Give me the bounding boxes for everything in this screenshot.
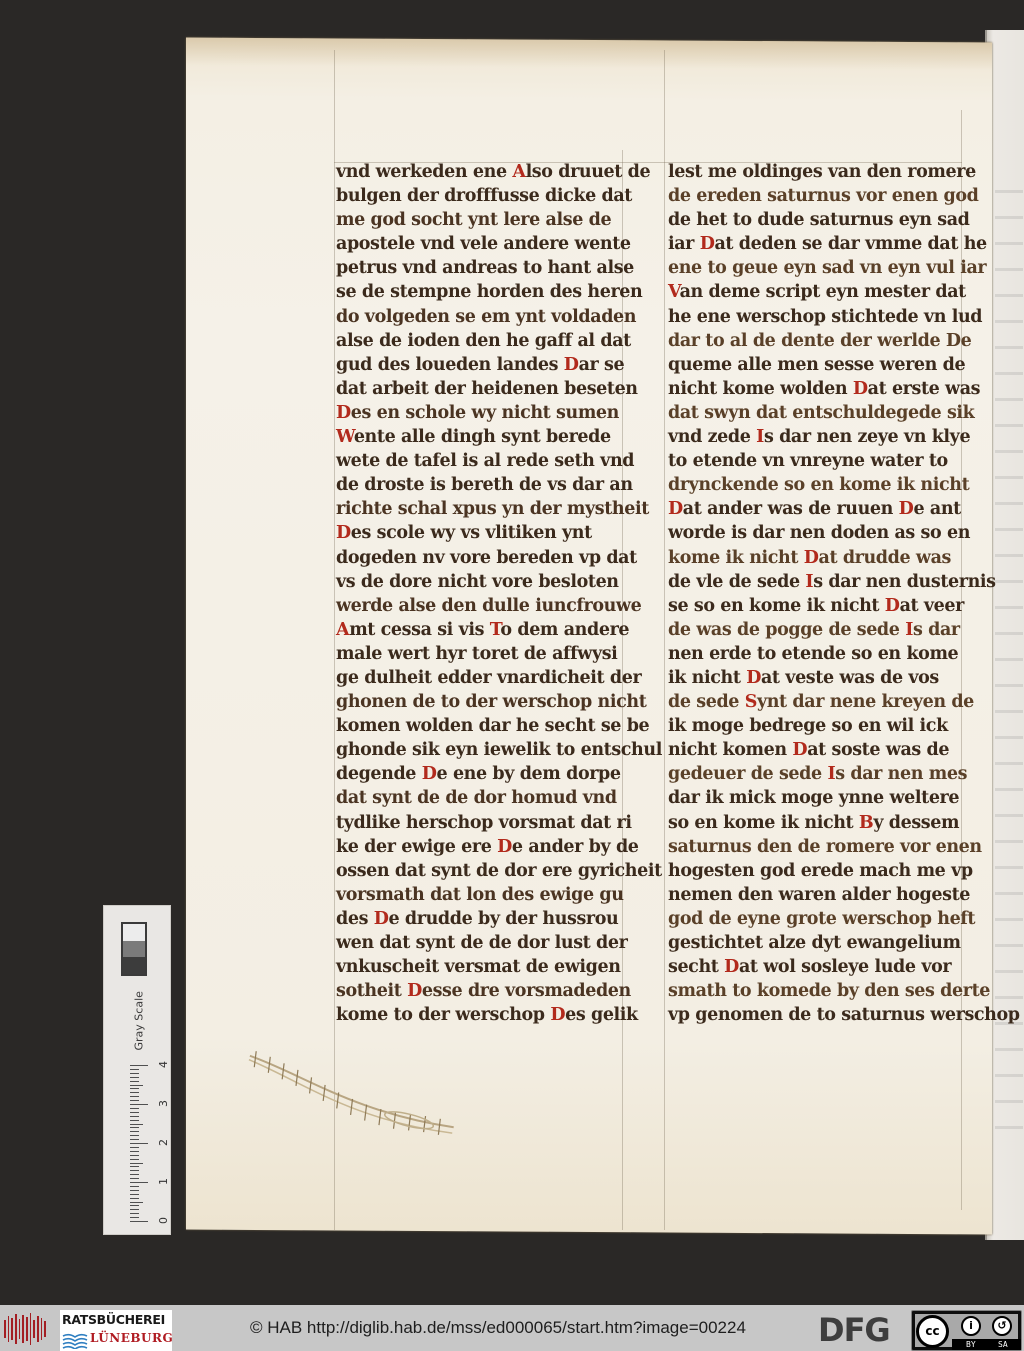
ruler-tick — [130, 1174, 139, 1175]
ruler-tick — [130, 1112, 139, 1113]
manuscript-line: dar ik mick moge ynne weltere — [668, 786, 988, 810]
ruler-tick — [130, 1190, 139, 1191]
manuscript-line: gud des loueden landes Dar se — [336, 353, 656, 377]
manuscript-line: Des scole wy vs vlitiken ynt — [336, 521, 656, 545]
manuscript-line: dogeden nv vore bereden vp dat — [336, 546, 656, 570]
manuscript-line: Dat ander was de ruuen De ant — [668, 497, 988, 521]
attribution-icon: i — [961, 1316, 981, 1336]
manuscript-line: dat swyn dat entschuldegede sik — [668, 401, 988, 425]
manuscript-line: vs de dore nicht vore besloten — [336, 570, 656, 594]
ruler-ticks: 01234 — [118, 1056, 148, 1226]
rubricated-initial: D — [746, 668, 761, 688]
manuscript-line: komen wolden dar he secht se be — [336, 714, 656, 738]
ruler-tick — [130, 1104, 148, 1105]
rubricated-initial: D — [700, 234, 715, 254]
rubricated-initial: W — [336, 427, 354, 447]
manuscript-line: nicht kome wolden Dat erste was — [668, 377, 988, 401]
manuscript-line: do volgeden se em ynt voldaden — [336, 305, 656, 329]
ruler-tick — [130, 1120, 139, 1121]
manuscript-line: secht Dat wol sosleye lude vor — [668, 955, 988, 979]
ruler-tick — [130, 1127, 139, 1128]
ruler-tick — [130, 1213, 139, 1214]
manuscript-line: ke der ewige ere De ander by de — [336, 835, 656, 859]
manuscript-line: ossen dat synt de dor ere gyricheit — [336, 859, 656, 883]
manuscript-line: queme alle men sesse weren de — [668, 353, 988, 377]
library-barcode-logo-icon — [4, 1313, 46, 1345]
manuscript-line: de ereden saturnus vor enen god — [668, 184, 988, 208]
manuscript-line: alse de ioden den he gaff al dat — [336, 329, 656, 353]
footer-bar: RATSBÜCHEREI LÜNEBURG © HAB http://digli… — [0, 1305, 1024, 1351]
rubricated-initial: D — [724, 957, 739, 977]
manuscript-line: petrus vnd andreas to hant alse — [336, 256, 656, 280]
ruler-tick — [130, 1143, 148, 1144]
manuscript-line: dat synt de de dor homud vnd — [336, 786, 656, 810]
ruler-tick — [130, 1166, 139, 1167]
manuscript-line: des De drudde by der hussrou — [336, 907, 656, 931]
ruler-tick — [130, 1163, 143, 1164]
ruler-tick — [130, 1202, 143, 1203]
ruler-tick-label: 3 — [157, 1100, 170, 1107]
manuscript-line: god de eyne grote werschop heft — [668, 907, 988, 931]
rubricated-initial: I — [805, 572, 813, 592]
ruler-tick — [130, 1108, 139, 1109]
manuscript-line: drynckende so en kome ik nicht — [668, 473, 988, 497]
rubricated-initial: I — [827, 764, 835, 784]
manuscript-line: de het to dude saturnus eyn sad — [668, 208, 988, 232]
manuscript-line: me god socht ynt lere alse de — [336, 208, 656, 232]
ruling-line-left-outer — [334, 50, 335, 1230]
swatch-dark — [123, 957, 145, 974]
ruler-tick — [130, 1151, 139, 1152]
rubricated-initial: D — [792, 740, 807, 760]
creative-commons-icon: cc — [916, 1315, 949, 1348]
manuscript-line: kome ik nicht Dat drudde was — [668, 546, 988, 570]
manuscript-line: vnd zede Is dar nen zeye vn klye — [668, 425, 988, 449]
manuscript-line: vnkuscheit versmat de ewigen — [336, 955, 656, 979]
rubricated-initial: D — [336, 523, 351, 543]
ruler-tick — [130, 1077, 139, 1078]
ruler-tick — [130, 1217, 139, 1218]
manuscript-line: ene to geue eyn sad vn eyn vul iar — [668, 256, 988, 280]
ruler-tick — [130, 1124, 143, 1125]
manuscript-line: de droste is bereth de vs dar an — [336, 473, 656, 497]
ruler-tick — [130, 1155, 139, 1156]
rubricated-initial: D — [668, 499, 683, 519]
manuscript-line: ik moge bedrege so en wil ick — [668, 714, 988, 738]
dfg-logo[interactable]: DFG — [818, 1312, 890, 1348]
rubricated-initial: D — [885, 596, 900, 616]
rubricated-initial: D — [422, 764, 437, 784]
manuscript-line: de was de pogge de sede Is dar — [668, 618, 988, 642]
ruler-tick — [130, 1205, 139, 1206]
rubricated-initial: D — [497, 837, 512, 857]
ruler-tick — [130, 1198, 139, 1199]
manuscript-line: nemen den waren alder hogeste — [668, 883, 988, 907]
ruler-tick — [130, 1096, 139, 1097]
share-alike-icon: ↺ — [992, 1316, 1012, 1336]
manuscript-line: tydlike herschop vorsmat dat ri — [336, 811, 656, 835]
gray-swatches — [121, 922, 147, 976]
copyright-link[interactable]: © HAB http://diglib.hab.de/mss/ed000065/… — [250, 1318, 746, 1338]
manuscript-line: se de stempne horden des heren — [336, 280, 656, 304]
manuscript-line: bulgen der drofffusse dicke dat — [336, 184, 656, 208]
ruler-tick — [130, 1092, 139, 1093]
manuscript-line: lest me oldinges van den romere — [668, 160, 988, 184]
manuscript-line: hogesten god erede mach me vp — [668, 859, 988, 883]
ruler-tick — [130, 1065, 148, 1066]
rubricated-initial: D — [336, 403, 351, 423]
ratsbuecherei-logo[interactable]: RATSBÜCHEREI LÜNEBURG — [60, 1310, 172, 1351]
ruler-tick — [130, 1069, 139, 1070]
ruler-tick-label: 0 — [157, 1217, 170, 1224]
ruler-tick — [130, 1135, 139, 1136]
manuscript-line: ghonen de to der werschop nicht — [336, 690, 656, 714]
text-column-right: lest me oldinges van den romerede ereden… — [668, 160, 988, 1027]
rubricated-initial: D — [899, 499, 914, 519]
rubricated-initial: S — [745, 692, 757, 712]
cc-by-sa-license-badge[interactable]: cc i ↺ BY SA — [911, 1310, 1022, 1351]
manuscript-line: werde alse den dulle iuncfrouwe — [336, 594, 656, 618]
rubricated-initial: D — [804, 548, 819, 568]
manuscript-line: wete de tafel is al rede seth vnd — [336, 449, 656, 473]
rubricated-initial: I — [905, 620, 913, 640]
ruler-tick — [130, 1116, 139, 1117]
manuscript-line: vnd werkeden ene Also druuet de — [336, 160, 656, 184]
ruler-tick — [130, 1182, 148, 1183]
library-name: RATSBÜCHEREI — [62, 1312, 165, 1327]
manuscript-line: gestichtet alze dyt ewangelium — [668, 931, 988, 955]
manuscript-line: Van deme script eyn mester dat — [668, 280, 988, 304]
ruler-tick-label: 1 — [157, 1178, 170, 1185]
ruler-tick — [130, 1209, 139, 1210]
manuscript-line: ge dulheit edder vnardicheit der — [336, 666, 656, 690]
manuscript-line: se so en kome ik nicht Dat veer — [668, 594, 988, 618]
manuscript-line: smath to komede by den ses derte — [668, 979, 988, 1003]
ruler-tick — [130, 1178, 139, 1179]
rubricated-initial: I — [756, 427, 764, 447]
page-top-edge — [186, 38, 992, 71]
library-city: LÜNEBURG — [90, 1331, 173, 1345]
manuscript-line: nen erde to etende so en kome — [668, 642, 988, 666]
manuscript-line: saturnus den de romere vor enen — [668, 835, 988, 859]
rubricated-initial: D — [407, 981, 422, 1001]
manuscript-line: vp genomen de to saturnus werschop — [668, 1003, 988, 1027]
ruler-tick — [130, 1131, 139, 1132]
manuscript-line: sotheit Desse dre vorsmadeden — [336, 979, 656, 1003]
rubricated-initial: T — [490, 620, 501, 640]
ruler-tick — [130, 1081, 139, 1082]
manuscript-line: Des en schole wy nicht sumen — [336, 401, 656, 425]
rubricated-initial: V — [668, 282, 680, 302]
manuscript-line: de sede Synt dar nene kreyen de — [668, 690, 988, 714]
rubricated-initial: A — [336, 620, 349, 640]
ruler-tick-label: 4 — [157, 1061, 170, 1068]
rubricated-initial: D — [550, 1005, 565, 1025]
ruler-tick — [130, 1088, 139, 1089]
ruler-tick — [130, 1170, 139, 1171]
manuscript-line: male wert hyr toret de affwysi — [336, 642, 656, 666]
manuscript-line: ghonde sik eyn iewelik to entschul — [336, 738, 656, 762]
swatch-mid — [123, 941, 145, 958]
manuscript-line: richte schal xpus yn der mystheit — [336, 497, 656, 521]
rubricated-initial: D — [853, 379, 868, 399]
manuscript-line: dat arbeit der heidenen beseten — [336, 377, 656, 401]
ruler-tick — [130, 1073, 139, 1074]
ruler-tick — [130, 1221, 148, 1222]
ruler-tick — [130, 1139, 139, 1140]
manuscript-line: kome to der werschop Des gelik — [336, 1003, 656, 1027]
rubricated-initial: B — [859, 813, 873, 833]
manuscript-line: he ene werschop stichtede vn lud — [668, 305, 988, 329]
manuscript-line: gedeuer de sede Is dar nen mes — [668, 762, 988, 786]
manuscript-line: de vle de sede Is dar nen dusternis — [668, 570, 988, 594]
manuscript-line: worde is dar nen doden as so en — [668, 521, 988, 545]
manuscript-line: apostele vnd vele andere wente — [336, 232, 656, 256]
manuscript-line: so en kome ik nicht By dessem — [668, 811, 988, 835]
rubricated-initial: D — [564, 355, 579, 375]
by-label: BY — [966, 1339, 976, 1350]
gray-scale-label: Gray Scale — [133, 995, 146, 1051]
manuscript-line: Wente alle dingh synt berede — [336, 425, 656, 449]
manuscript-line: to etende vn vnreyne water to — [668, 449, 988, 473]
manuscript-line: vorsmath dat lon des ewige gu — [336, 883, 656, 907]
swatch-light — [123, 924, 145, 941]
gray-scale-card: Gray Scale 01234 — [103, 905, 171, 1235]
cc-label-strip — [952, 1339, 1021, 1350]
ruling-line-right-outer — [664, 50, 665, 1230]
ruler-tick — [130, 1147, 139, 1148]
open-book-icon — [62, 1332, 88, 1349]
rubricated-initial: A — [512, 162, 525, 182]
sa-label: SA — [998, 1339, 1008, 1350]
ruler-tick — [130, 1100, 139, 1101]
manuscript-line: degende De ene by dem dorpe — [336, 762, 656, 786]
ruler-tick — [130, 1085, 143, 1086]
manuscript-line: Amt cessa si vis To dem andere — [336, 618, 656, 642]
manuscript-line: dar to al de dente der werlde De — [668, 329, 988, 353]
ruler-tick — [130, 1194, 139, 1195]
text-column-left: vnd werkeden ene Also druuet debulgen de… — [336, 160, 656, 1027]
ruler-tick-label: 2 — [157, 1139, 170, 1146]
rubricated-initial: D — [374, 909, 389, 929]
manuscript-line: ik nicht Dat veste was de vos — [668, 666, 988, 690]
manuscript-line: iar Dat deden se dar vmme dat he — [668, 232, 988, 256]
manuscript-line: wen dat synt de de dor lust der — [336, 931, 656, 955]
ruler-tick — [130, 1186, 139, 1187]
manuscript-line: nicht komen Dat soste was de — [668, 738, 988, 762]
ruler-tick — [130, 1159, 139, 1160]
